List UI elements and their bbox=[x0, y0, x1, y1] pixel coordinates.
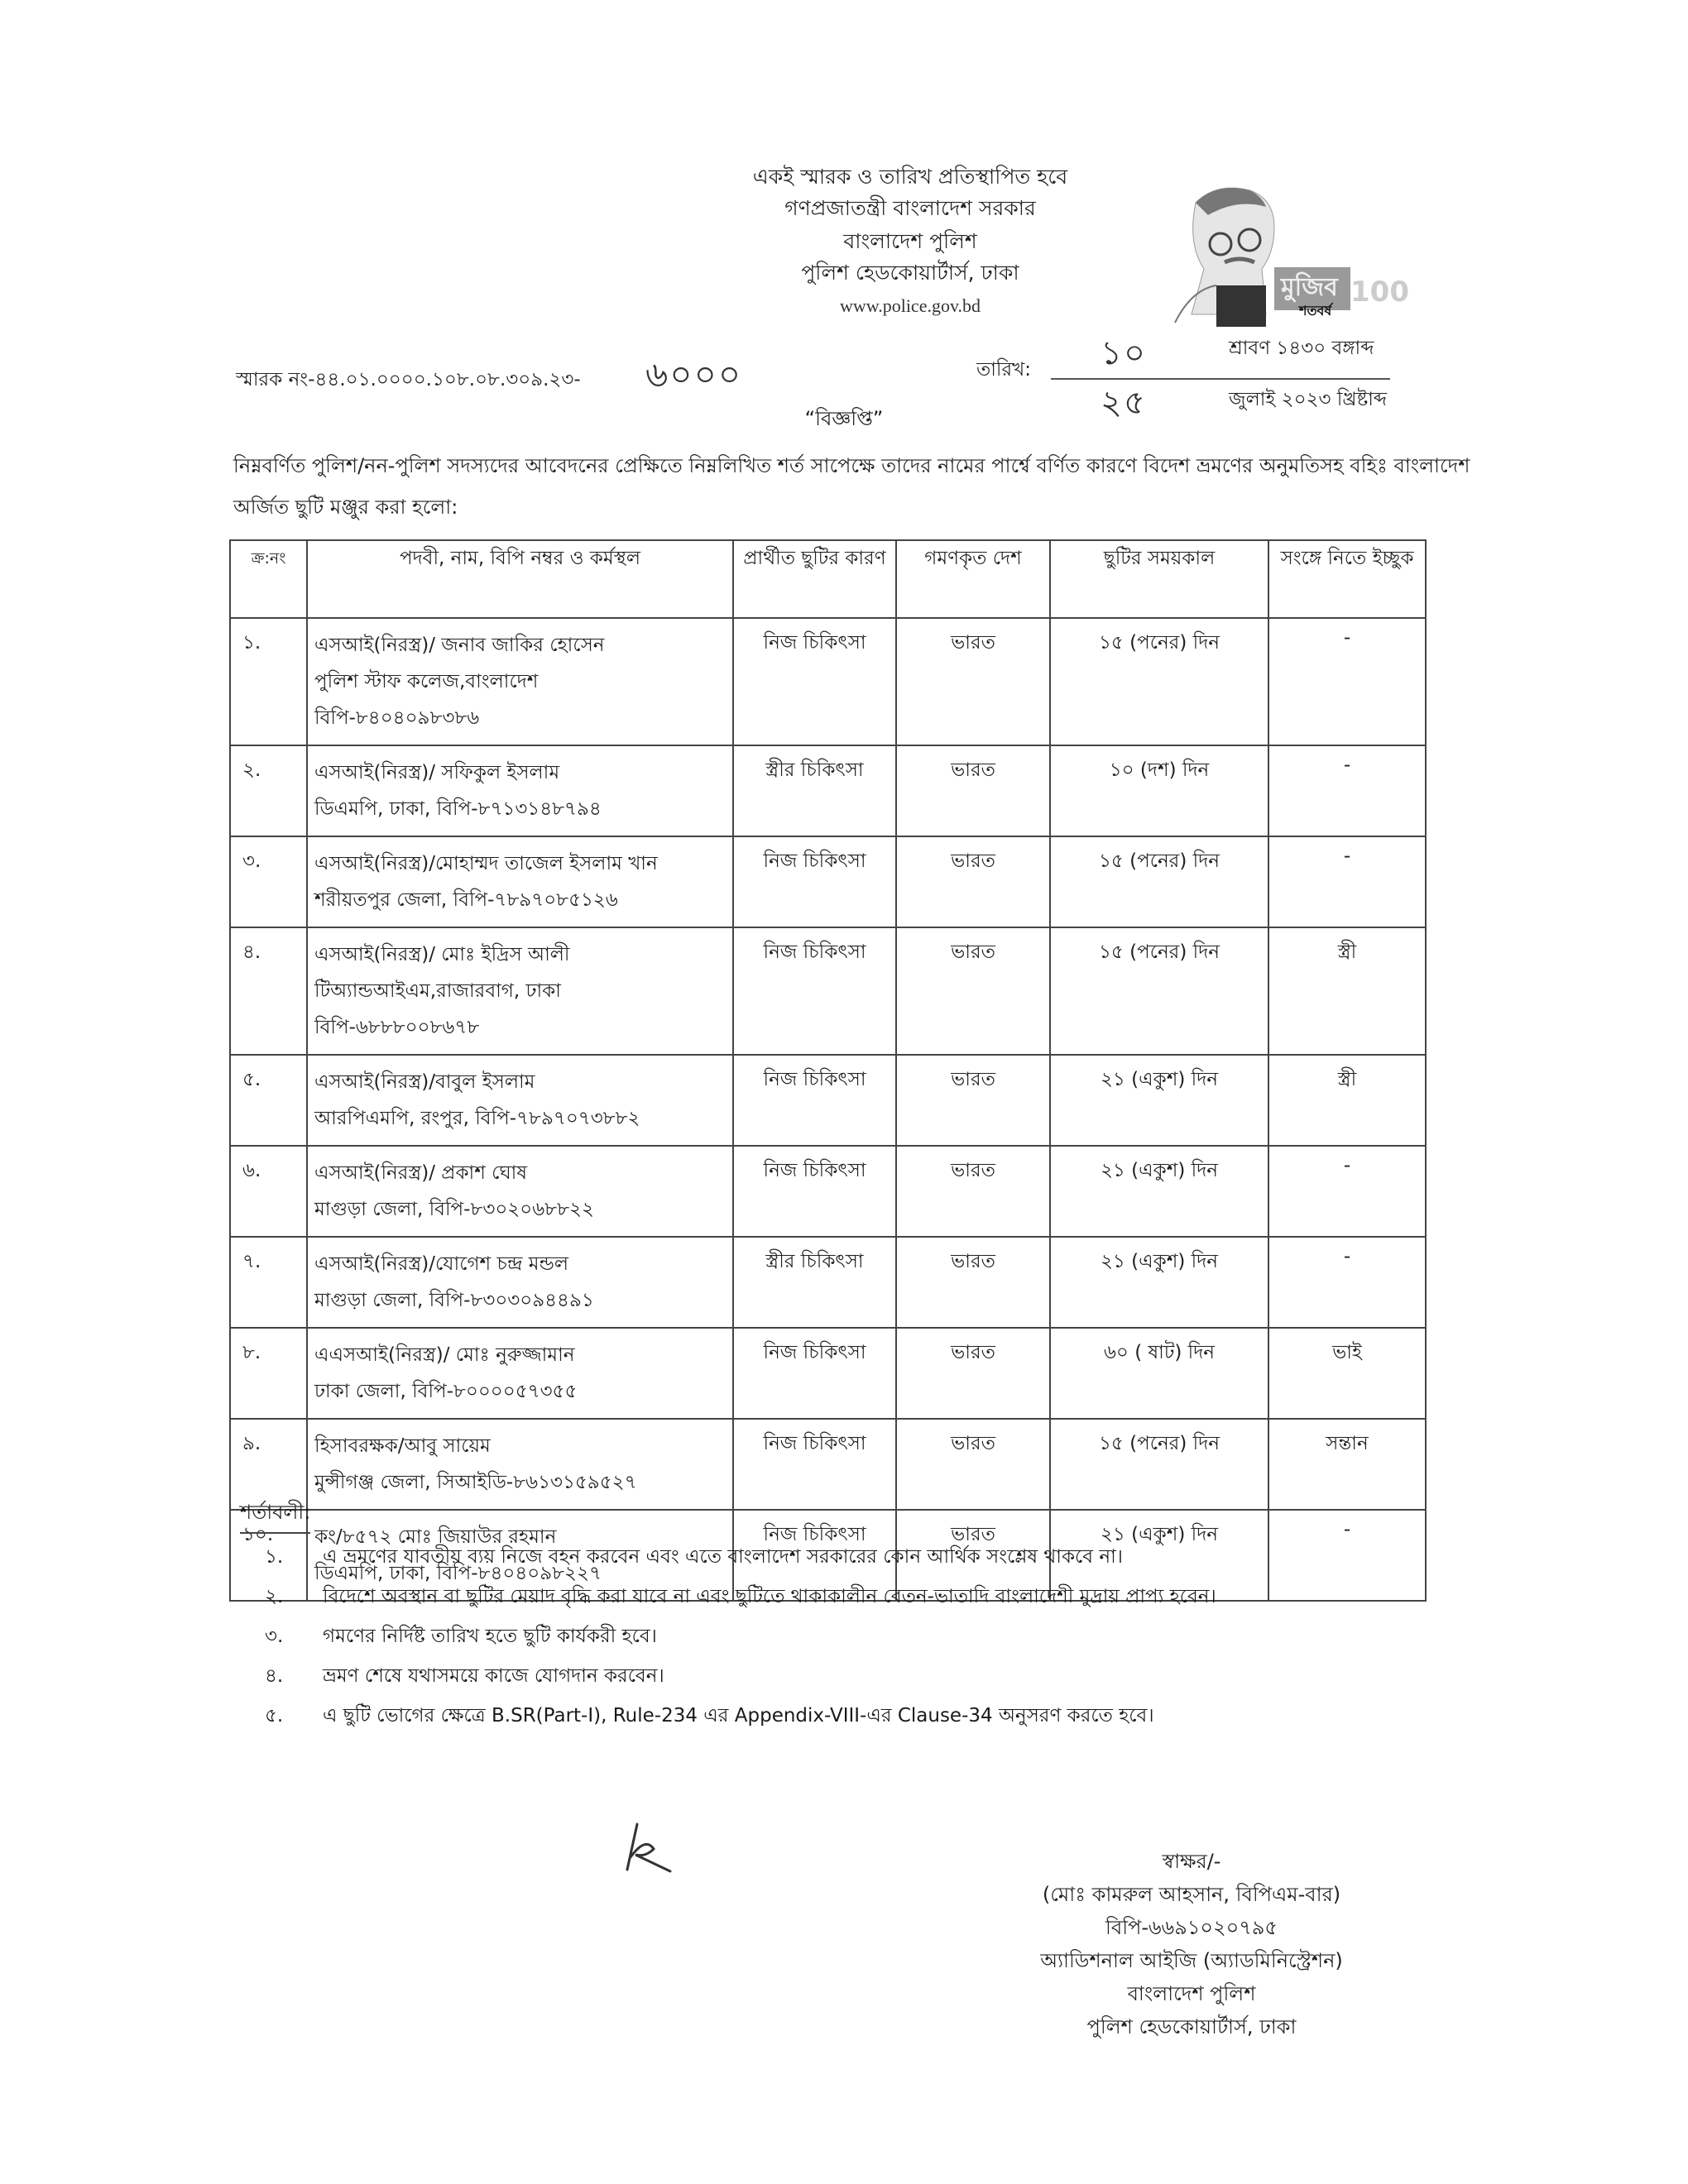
detail-line: আরপিএমপি, রংপুর, বিপি-৭৮৯৭০৭৩৮৮২ bbox=[314, 1100, 726, 1137]
row-country: ভারত bbox=[896, 1055, 1050, 1146]
initial-signature-icon bbox=[621, 1820, 687, 1878]
row-details: এসআই(নিরস্ত্র)/ মোঃ ইদ্রিস আলীটিঅ্যান্ডআ… bbox=[307, 927, 733, 1055]
row-companion: - bbox=[1268, 1146, 1426, 1237]
row-serial: ৮. bbox=[230, 1328, 307, 1419]
terms-heading: শর্তাবলী: bbox=[240, 1497, 310, 1534]
header-reason: প্রার্থীত ছুটির কারণ bbox=[733, 540, 896, 618]
row-duration: ৬০ ( ষাট) দিন bbox=[1050, 1328, 1268, 1419]
table-row: ৮.এএসআই(নিরস্ত্র)/ মোঃ নুরুজ্জামানঢাকা জ… bbox=[230, 1328, 1426, 1419]
row-companion: ভাই bbox=[1268, 1328, 1426, 1419]
term-item: ৩.গমণের নির্দিষ্ট তারিখ হতে ছুটি কার্যকর… bbox=[265, 1616, 1506, 1656]
row-details: এসআই(নিরস্ত্র)/ সফিকুল ইসলামডিএমপি, ঢাকা… bbox=[307, 745, 733, 836]
notice-title: “বিজ্ঞপ্তি” bbox=[0, 404, 1688, 437]
detail-line: এসআই(নিরস্ত্র)/মোহাম্মদ তাজেল ইসলাম খান bbox=[314, 845, 726, 882]
detail-line: হিসাবরক্ষক/আবু সায়েম bbox=[314, 1428, 726, 1464]
detail-line: শরীয়তপুর জেলা, বিপি-৭৮৯৭০৮৫১২৬ bbox=[314, 882, 726, 918]
row-country: ভারত bbox=[896, 1328, 1050, 1419]
row-serial: ৭. bbox=[230, 1237, 307, 1328]
row-reason: নিজ চিকিৎসা bbox=[733, 1419, 896, 1510]
office-name: পুলিশ হেডকোয়ার্টার্স, ঢাকা bbox=[596, 258, 1225, 288]
term-number: ১. bbox=[265, 1537, 323, 1577]
row-details: এসআই(নিরস্ত্র)/যোগেশ চন্দ্র মন্ডলমাগুড়া… bbox=[307, 1237, 733, 1328]
header-companion: সংঙ্গে নিতে ইচ্ছুক bbox=[1268, 540, 1426, 618]
emblem-sublabel: শতবর্ষ bbox=[1299, 300, 1331, 323]
detail-line: বিপি-৮৪০৪০৯৮৩৮৬ bbox=[314, 700, 726, 736]
bangla-day-handwritten: ১০ bbox=[1101, 327, 1147, 382]
detail-line: এসআই(নিরস্ত্র)/ সফিকুল ইসলাম bbox=[314, 754, 726, 791]
department-name: বাংলাদেশ পুলিশ bbox=[596, 227, 1225, 256]
row-serial: ৬. bbox=[230, 1146, 307, 1237]
row-companion: - bbox=[1268, 745, 1426, 836]
row-details: এএসআই(নিরস্ত্র)/ মোঃ নুরুজ্জামানঢাকা জেল… bbox=[307, 1328, 733, 1419]
row-duration: ২১ (একুশ) দিন bbox=[1050, 1055, 1268, 1146]
row-serial: ৫. bbox=[230, 1055, 307, 1146]
intro-paragraph: নিম্নবর্ণিত পুলিশ/নন-পুলিশ সদস্যদের আবেদ… bbox=[233, 445, 1491, 528]
signature-block: স্বাক্ষর/- (মোঃ কামরুল আহসান, বিপিএম-বার… bbox=[976, 1845, 1407, 2043]
signed-label: স্বাক্ষর/- bbox=[976, 1845, 1407, 1878]
row-reason: নিজ চিকিৎসা bbox=[733, 836, 896, 927]
table-row: ৭.এসআই(নিরস্ত্র)/যোগেশ চন্দ্র মন্ডলমাগুড… bbox=[230, 1237, 1426, 1328]
table-row: ৬.এসআই(নিরস্ত্র)/ প্রকাশ ঘোষমাগুড়া জেলা… bbox=[230, 1146, 1426, 1237]
detail-line: এসআই(নিরস্ত্র)/ জনাব জাকির হোসেন bbox=[314, 627, 726, 663]
row-details: হিসাবরক্ষক/আবু সায়েমমুন্সীগঞ্জ জেলা, সি… bbox=[307, 1419, 733, 1510]
row-serial: ১. bbox=[230, 618, 307, 745]
row-country: ভারত bbox=[896, 927, 1050, 1055]
row-companion: স্ত্রী bbox=[1268, 927, 1426, 1055]
row-companion: সন্তান bbox=[1268, 1419, 1426, 1510]
term-text: এ ছুটি ভোগের ক্ষেত্রে B.SR(Part-I), Rule… bbox=[323, 1696, 1154, 1736]
row-reason: নিজ চিকিৎসা bbox=[733, 618, 896, 745]
row-duration: ২১ (একুশ) দিন bbox=[1050, 1146, 1268, 1237]
memo-number-label: স্মারক নং-৪৪.০১.০০০০.১০৮.০৮.৩০৯.২৩- bbox=[236, 364, 581, 396]
row-details: এসআই(নিরস্ত্র)/বাবুল ইসলামআরপিএমপি, রংপু… bbox=[307, 1055, 733, 1146]
portrait-emblem-icon: মুজিব শতবর্ষ 100 bbox=[1158, 170, 1407, 327]
table-row: ১.এসআই(নিরস্ত্র)/ জনাব জাকির হোসেনপুলিশ … bbox=[230, 618, 1426, 745]
term-text: গমণের নির্দিষ্ট তারিখ হতে ছুটি কার্যকরী … bbox=[323, 1616, 657, 1656]
term-item: ১.এ ভ্রমণের যাবতীয় ব্যয় নিজে বহন করবেন… bbox=[265, 1537, 1506, 1577]
row-serial: ২. bbox=[230, 745, 307, 836]
row-duration: ১৫ (পনের) দিন bbox=[1050, 618, 1268, 745]
row-companion: স্ত্রী bbox=[1268, 1055, 1426, 1146]
header-duration: ছুটির সময়কাল bbox=[1050, 540, 1268, 618]
table-row: ৪.এসআই(নিরস্ত্র)/ মোঃ ইদ্রিস আলীটিঅ্যান্… bbox=[230, 927, 1426, 1055]
bangla-month-year: শ্রাবণ ১৪৩০ বঙ্গাব্দ bbox=[1229, 333, 1374, 365]
signatory-office: পুলিশ হেডকোয়ার্টার্স, ঢাকা bbox=[976, 2010, 1407, 2043]
detail-line: ঢাকা জেলা, বিপি-৮০০০০৫৭৩৫৫ bbox=[314, 1373, 726, 1410]
emblem-number: 100 bbox=[1350, 275, 1409, 309]
table-row: ৩.এসআই(নিরস্ত্র)/মোহাম্মদ তাজেল ইসলাম খা… bbox=[230, 836, 1426, 927]
row-companion: - bbox=[1268, 836, 1426, 927]
row-duration: ১৫ (পনের) দিন bbox=[1050, 927, 1268, 1055]
row-duration: ২১ (একুশ) দিন bbox=[1050, 1237, 1268, 1328]
detail-line: এসআই(নিরস্ত্র)/যোগেশ চন্দ্র মন্ডল bbox=[314, 1246, 726, 1282]
row-country: ভারত bbox=[896, 1419, 1050, 1510]
row-reason: স্ত্রীর চিকিৎসা bbox=[733, 745, 896, 836]
term-item: ৪.ভ্রমণ শেষে যথাসময়ে কাজে যোগদান করবেন। bbox=[265, 1656, 1506, 1696]
detail-line: এসআই(নিরস্ত্র)/বাবুল ইসলাম bbox=[314, 1064, 726, 1100]
table-row: ৫.এসআই(নিরস্ত্র)/বাবুল ইসলামআরপিএমপি, রং… bbox=[230, 1055, 1426, 1146]
row-details: এসআই(নিরস্ত্র)/ প্রকাশ ঘোষমাগুড়া জেলা, … bbox=[307, 1146, 733, 1237]
row-reason: নিজ চিকিৎসা bbox=[733, 1328, 896, 1419]
term-item: ৫.এ ছুটি ভোগের ক্ষেত্রে B.SR(Part-I), Ru… bbox=[265, 1696, 1506, 1736]
detail-line: মুন্সীগঞ্জ জেলা, সিআইডি-৮৬১৩১৫৯৫২৭ bbox=[314, 1464, 726, 1501]
detail-line: এসআই(নিরস্ত্র)/ প্রকাশ ঘোষ bbox=[314, 1155, 726, 1191]
row-country: ভারত bbox=[896, 836, 1050, 927]
term-number: ২. bbox=[265, 1577, 323, 1616]
detail-line: পুলিশ স্টাফ কলেজ,বাংলাদেশ bbox=[314, 663, 726, 700]
signatory-department: বাংলাদেশ পুলিশ bbox=[976, 1977, 1407, 2010]
row-serial: ৩. bbox=[230, 836, 307, 927]
term-text: বিদেশে অবস্থান বা ছুটির মেয়াদ বৃদ্ধি কর… bbox=[323, 1577, 1216, 1616]
row-details: এসআই(নিরস্ত্র)/ জনাব জাকির হোসেনপুলিশ স্… bbox=[307, 618, 733, 745]
term-text: ভ্রমণ শেষে যথাসময়ে কাজে যোগদান করবেন। bbox=[323, 1656, 664, 1696]
term-number: ৫. bbox=[265, 1696, 323, 1736]
signatory-designation: অ্যাডিশনাল আইজি (অ্যাডমিনিস্ট্রেশন) bbox=[976, 1944, 1407, 1977]
row-country: ভারত bbox=[896, 745, 1050, 836]
row-reason: নিজ চিকিৎসা bbox=[733, 1146, 896, 1237]
header-details: পদবী, নাম, বিপি নম্বর ও কর্মস্থল bbox=[307, 540, 733, 618]
table-row: ৯.হিসাবরক্ষক/আবু সায়েমমুন্সীগঞ্জ জেলা, … bbox=[230, 1419, 1426, 1510]
row-companion: - bbox=[1268, 618, 1426, 745]
replacement-note: একই স্মারক ও তারিখ প্রতিস্থাপিত হবে bbox=[596, 162, 1225, 192]
row-country: ভারত bbox=[896, 618, 1050, 745]
signatory-name: (মোঃ কামরুল আহসান, বিপিএম-বার) bbox=[976, 1878, 1407, 1911]
date-label: তারিখ: bbox=[976, 354, 1031, 386]
detail-line: বিপি-৬৮৮৮০০৮৬৭৮ bbox=[314, 1009, 726, 1046]
row-serial: ৯. bbox=[230, 1419, 307, 1510]
term-number: ৪. bbox=[265, 1656, 323, 1696]
government-name: গণপ্রজাতন্ত্রী বাংলাদেশ সরকার bbox=[596, 194, 1225, 223]
term-text: এ ভ্রমণের যাবতীয় ব্যয় নিজে বহন করবেন এ… bbox=[323, 1537, 1123, 1577]
row-duration: ১০ (দশ) দিন bbox=[1050, 745, 1268, 836]
term-number: ৩. bbox=[265, 1616, 323, 1656]
terms-list: ১.এ ভ্রমণের যাবতীয় ব্যয় নিজে বহন করবেন… bbox=[265, 1537, 1506, 1736]
row-companion: - bbox=[1268, 1237, 1426, 1328]
row-reason: নিজ চিকিৎসা bbox=[733, 927, 896, 1055]
row-reason: নিজ চিকিৎসা bbox=[733, 1055, 896, 1146]
table-row: ২.এসআই(নিরস্ত্র)/ সফিকুল ইসলামডিএমপি, ঢা… bbox=[230, 745, 1426, 836]
website-link[interactable]: www.police.gov.bd bbox=[596, 291, 1225, 321]
row-country: ভারত bbox=[896, 1237, 1050, 1328]
row-duration: ১৫ (পনের) দিন bbox=[1050, 1419, 1268, 1510]
memo-handwritten-number: ৬০০০ bbox=[645, 347, 742, 406]
signatory-bp: বিপি-৬৬৯১০২০৭৯৫ bbox=[976, 1911, 1407, 1944]
row-country: ভারত bbox=[896, 1146, 1050, 1237]
row-reason: স্ত্রীর চিকিৎসা bbox=[733, 1237, 896, 1328]
header-country: গমণকৃত দেশ bbox=[896, 540, 1050, 618]
leave-table: ক্র:নং পদবী, নাম, বিপি নম্বর ও কর্মস্থল … bbox=[229, 539, 1427, 1602]
header-serial: ক্র:নং bbox=[230, 540, 307, 618]
detail-line: এএসআই(নিরস্ত্র)/ মোঃ নুরুজ্জামান bbox=[314, 1337, 726, 1373]
detail-line: ডিএমপি, ঢাকা, বিপি-৮৭১৩১৪৮৭৯৪ bbox=[314, 791, 726, 827]
detail-line: মাগুড়া জেলা, বিপি-৮৩০৩০৯৪৪৯১ bbox=[314, 1282, 726, 1319]
detail-line: টিঅ্যান্ডআইএম,রাজারবাগ, ঢাকা bbox=[314, 973, 726, 1009]
detail-line: মাগুড়া জেলা, বিপি-৮৩০২০৬৮৮২২ bbox=[314, 1191, 726, 1228]
table-header-row: ক্র:নং পদবী, নাম, বিপি নম্বর ও কর্মস্থল … bbox=[230, 540, 1426, 618]
row-details: এসআই(নিরস্ত্র)/মোহাম্মদ তাজেল ইসলাম খানশ… bbox=[307, 836, 733, 927]
row-serial: ৪. bbox=[230, 927, 307, 1055]
detail-line: এসআই(নিরস্ত্র)/ মোঃ ইদ্রিস আলী bbox=[314, 936, 726, 973]
term-item: ২.বিদেশে অবস্থান বা ছুটির মেয়াদ বৃদ্ধি … bbox=[265, 1577, 1506, 1616]
row-duration: ১৫ (পনের) দিন bbox=[1050, 836, 1268, 927]
